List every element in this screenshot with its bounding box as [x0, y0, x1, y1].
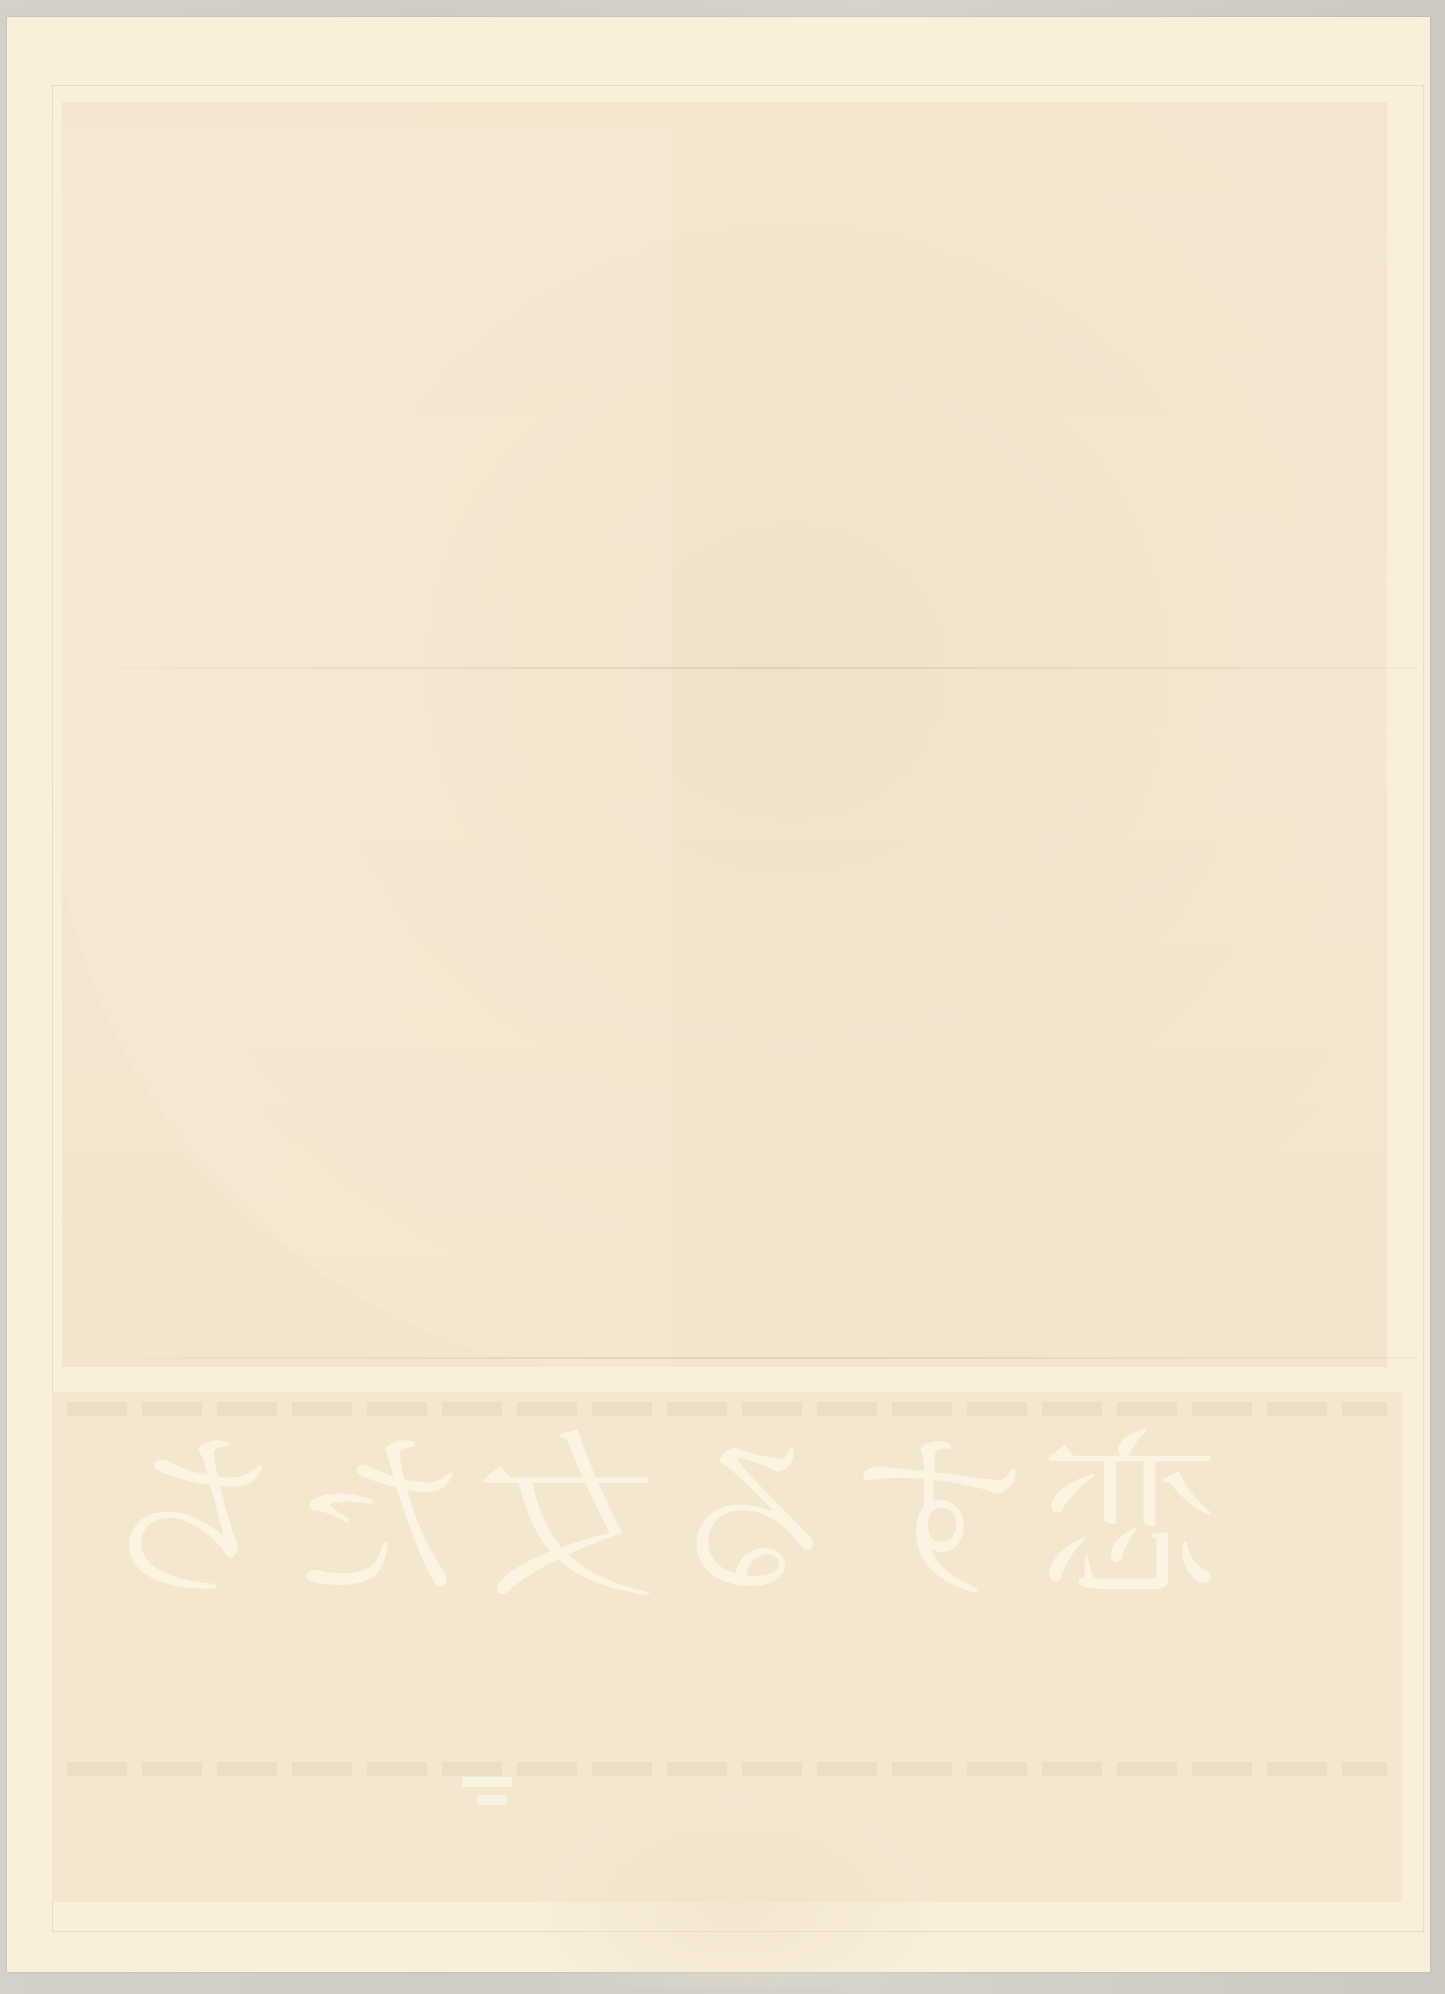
logo-mark-show-through [477, 1795, 507, 1805]
fold-crease [27, 667, 1417, 669]
credit-line-show-through [67, 1762, 1387, 1776]
fold-crease [27, 1357, 1417, 1359]
logo-mark-show-through [462, 1777, 512, 1787]
credit-line-show-through [67, 1402, 1387, 1416]
photo-show-through [62, 102, 1387, 1367]
mirrored-title: 恋する女たち [220, 1430, 1220, 1610]
bottom-photo-show-through [527, 1787, 947, 1987]
poster-sheet [7, 17, 1430, 1972]
